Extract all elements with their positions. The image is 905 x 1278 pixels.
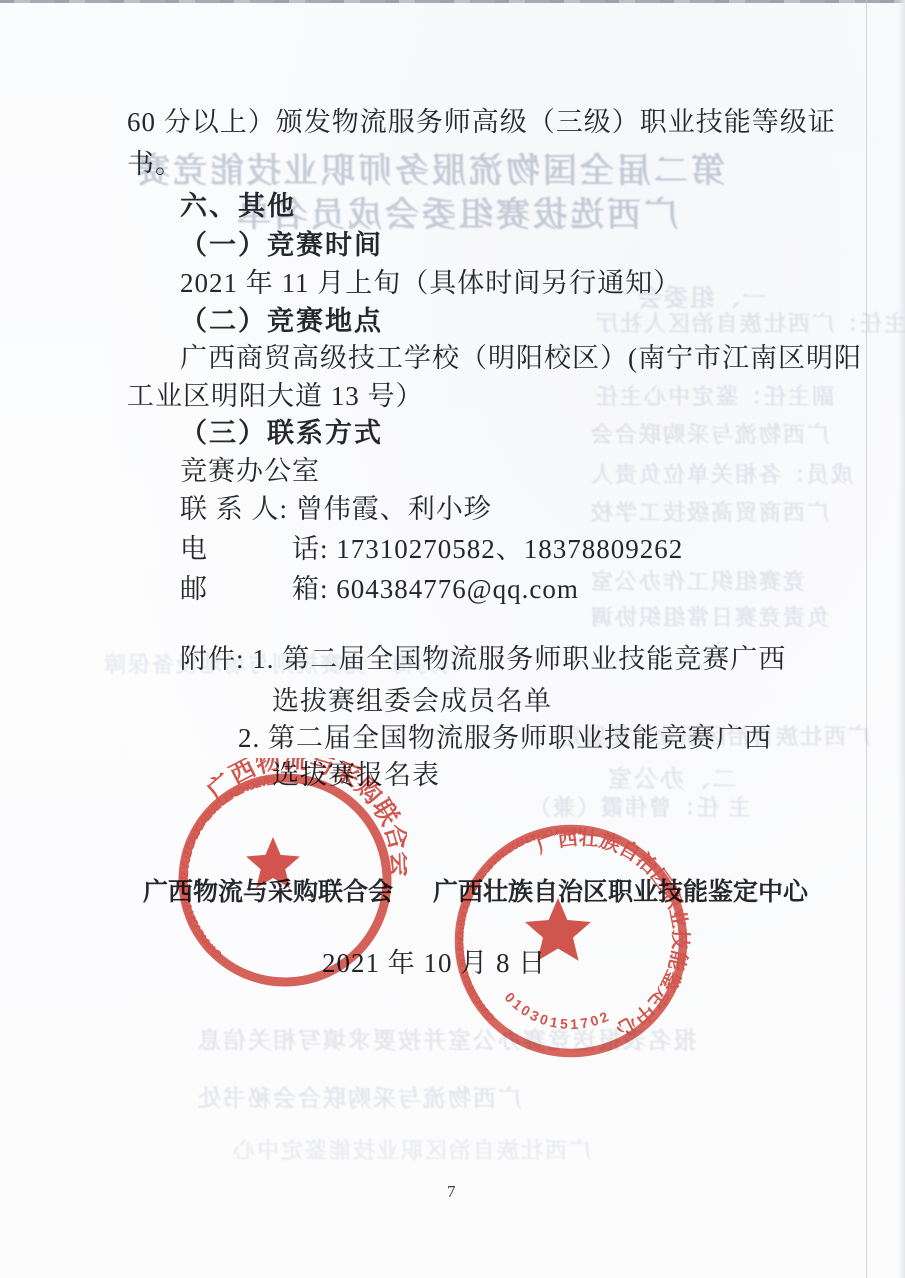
body-line-venue-1: 广西商贸高级技工学校（明阳校区）(南宁市江南区明阳: [180, 336, 862, 375]
bleed-through-row: 竞赛组织工作办公室: [589, 565, 805, 596]
bleed-through-row: 副主任：鉴定中心主任: [594, 380, 834, 411]
section-heading-other: 六、其他: [180, 184, 296, 223]
svg-text:01030151702: 01030151702: [502, 989, 614, 1032]
heading-competition-time: （一）竞赛时间: [180, 223, 383, 262]
body-line-contact-person: 联 系 人: 曾伟霞、利小珍: [180, 487, 492, 526]
attachment-line-1b: 选拔赛组委会成员名单: [272, 679, 552, 718]
scan-top-edge: [0, 0, 905, 3]
heading-contact: （三）联系方式: [180, 411, 383, 450]
bleed-through-row: 成员：各相关单位负责人: [589, 458, 853, 489]
attachment-line-1: 附件: 1. 第二届全国物流服务师职业技能竞赛广西: [180, 637, 786, 676]
body-line-venue-2: 工业区明阳大道 13 号）: [127, 374, 424, 413]
body-line-shu: 书。: [127, 142, 183, 181]
heading-competition-venue: （二）竞赛地点: [180, 299, 383, 338]
bleed-through-row: 负责竞赛日常组织协调: [589, 601, 829, 632]
bleed-through-row: 主任：广西壮族自治区人社厅: [594, 307, 905, 338]
bleed-through-row: 广西物流与采购联合会秘书处: [196, 1080, 521, 1113]
star-icon: [525, 898, 591, 961]
body-line-phone: 电 话: 17310270582、18378809262: [180, 527, 683, 566]
left-stamp-seal: GVANGJSIH VUZLIUZ YUZ CAIJGAEUZ LENZHOZV…: [163, 758, 407, 1002]
body-line-email: 邮 箱: 604384776@qq.com: [180, 567, 579, 606]
body-line-time: 2021 年 11 月上旬（具体时间另行通知）: [180, 261, 681, 300]
scan-right-shadow: [898, 0, 905, 1278]
stamp-serial-number: 01030151702: [502, 989, 614, 1032]
scan-right-fold-line: [866, 0, 867, 1278]
body-line-office: 竞赛办公室: [180, 449, 320, 488]
bleed-through-row: 广西物流与采购联合会: [589, 418, 829, 449]
scanned-document-page: 第二届全国物流服务师职业技能竞赛 广西选拔赛组委会成员名单 一、组委会 主任：广…: [0, 0, 905, 1278]
body-line-certificate: 60 分以上）颁发物流服务师高级（三级）职业技能等级证: [127, 100, 836, 139]
bleed-through-row: 二、办公室: [606, 759, 736, 794]
page-number: 7: [447, 1182, 457, 1202]
right-stamp-seal: GVANGJSIH BOUXCUENGH SWCIGIH CIZYEZ GIFW…: [440, 810, 702, 1072]
bleed-through-row: 广西商贸高级技工学校: [589, 496, 829, 527]
bleed-through-row: 广西壮族自治区职业技能鉴定中心: [231, 1134, 591, 1165]
star-icon: [246, 837, 300, 888]
attachment-line-2: 2. 第二届全国物流服务师职业技能竞赛广西: [238, 716, 772, 755]
